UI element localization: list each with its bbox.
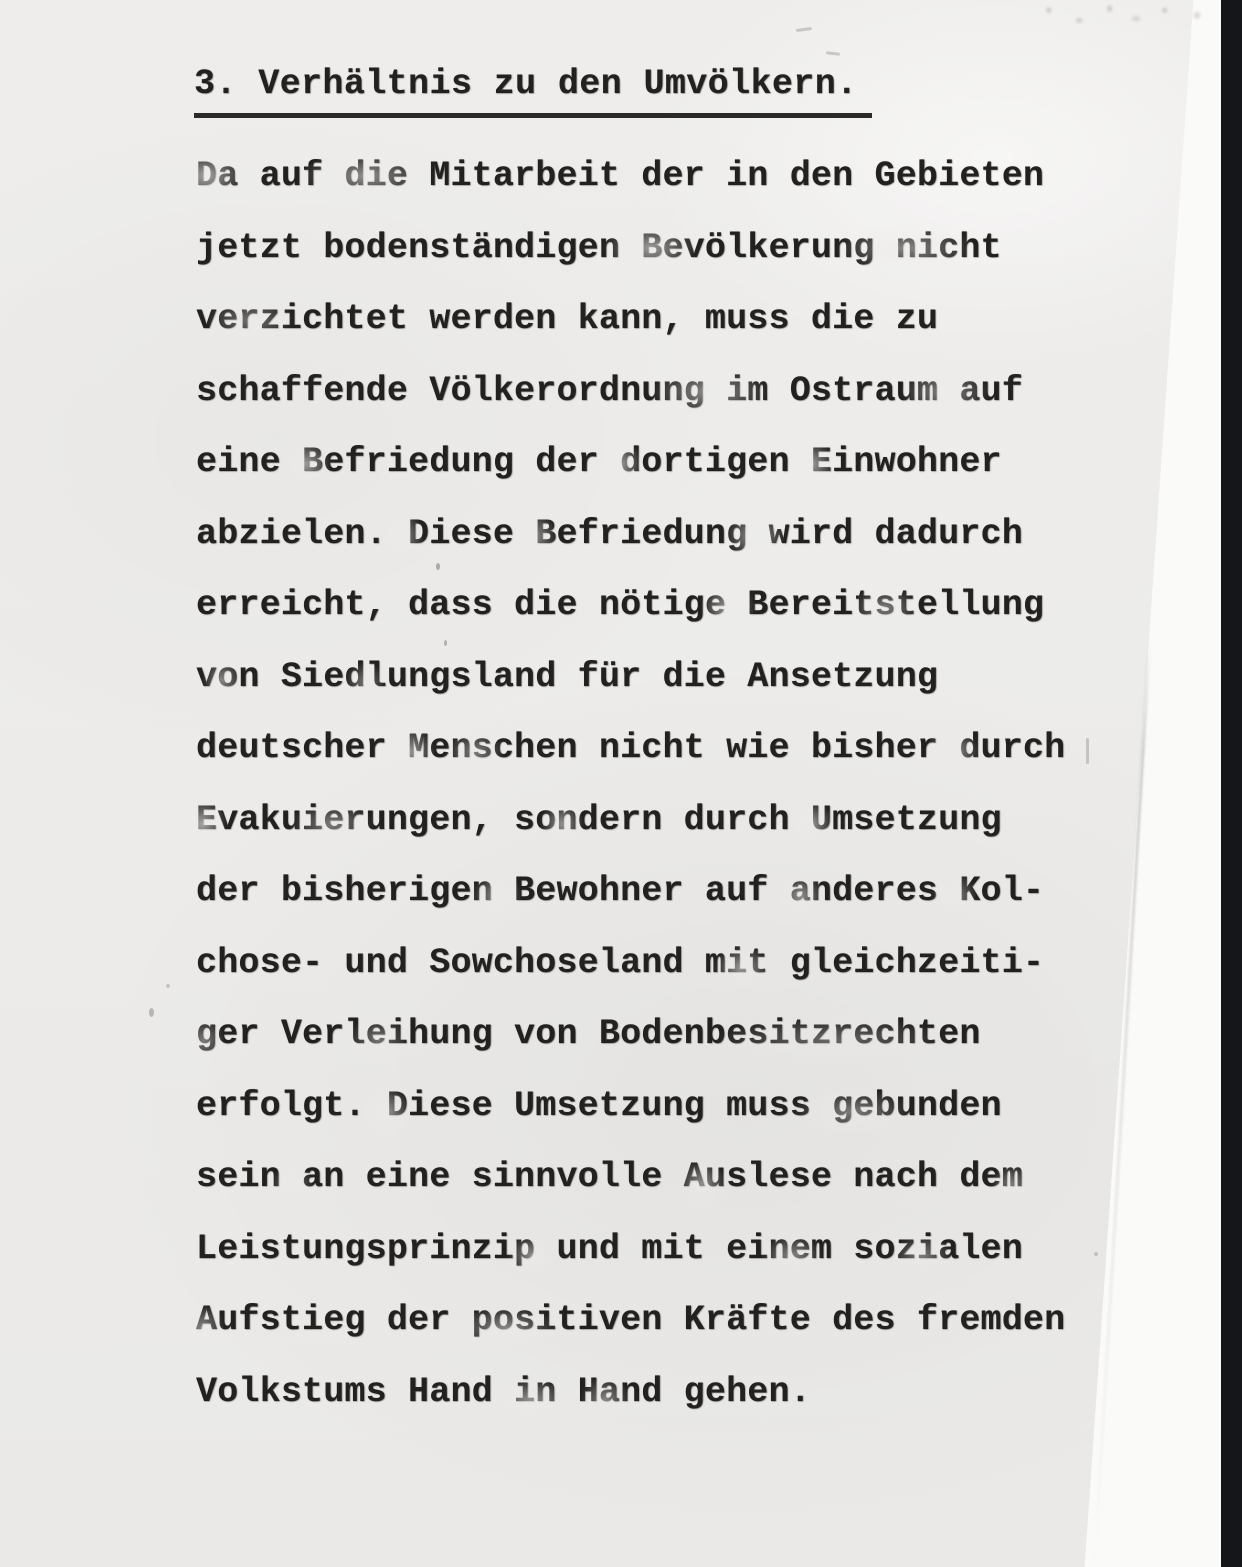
text-line: deutscher Menschen nicht wie bisher durc… (196, 713, 1065, 785)
text-line: Aufstieg der positiven Kräfte des fremde… (196, 1285, 1065, 1357)
scan-noise-top-right (1026, 0, 1216, 34)
text-line: Evakuierungen, sondern durch Umsetzung (196, 785, 1065, 857)
text-line: schaffende Völkerordnung im Ostraum auf (196, 356, 1065, 428)
ink-speck (149, 1008, 154, 1017)
text-line: sein an eine sinnvolle Auslese nach dem (196, 1142, 1065, 1214)
text-line: ger Verleihung von Bodenbesitzrechten (196, 999, 1065, 1071)
text-line: Leistungsprinzip und mit einem sozialen (196, 1214, 1065, 1286)
text-line: jetzt bodenständigen Bevölkerung nicht (196, 213, 1065, 285)
text-line: chose- und Sowchoseland mit gleichzeiti- (196, 928, 1065, 1000)
scanned-document-page: 3. Verhältnis zu den Umvölkern. Da auf d… (0, 0, 1242, 1567)
text-line: erfolgt. Diese Umsetzung muss gebunden (196, 1071, 1065, 1143)
text-line: abzielen. Diese Befriedung wird dadurch (196, 499, 1065, 571)
text-line: erreicht, dass die nötige Bereitstellung (196, 570, 1065, 642)
paragraph: Da auf die Mitarbeit der in den Gebieten… (196, 141, 1065, 1428)
text-line: der bisherigen Bewohner auf anderes Kol- (196, 856, 1065, 928)
typewritten-text-block: 3. Verhältnis zu den Umvölkern. Da auf d… (0, 0, 1242, 1567)
scanner-black-border (1221, 0, 1242, 1567)
ink-speck (436, 563, 440, 570)
text-line: Da auf die Mitarbeit der in den Gebieten (196, 141, 1065, 213)
text-line: von Siedlungsland für die Ansetzung (196, 642, 1065, 714)
ink-speck (166, 984, 170, 988)
section-heading: 3. Verhältnis zu den Umvölkern. (194, 64, 872, 118)
text-line: verzichtet werden kann, muss die zu (196, 284, 1065, 356)
ink-speck (1094, 1252, 1098, 1256)
text-line: Volkstums Hand in Hand gehen. (196, 1357, 1065, 1429)
text-line: eine Befriedung der dortigen Einwohner (196, 427, 1065, 499)
ink-speck (1086, 738, 1089, 764)
ink-speck (444, 640, 447, 646)
